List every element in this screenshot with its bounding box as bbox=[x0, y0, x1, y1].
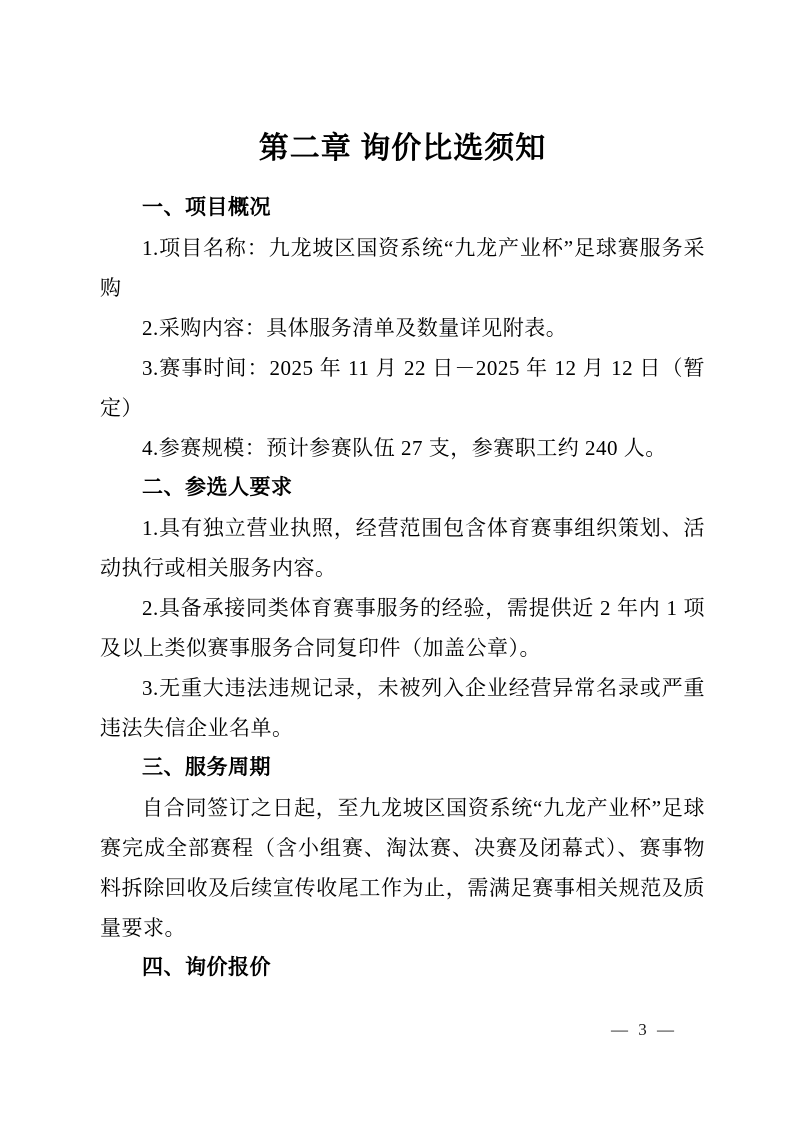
section-heading-service-period: 三、服务周期 bbox=[100, 748, 705, 788]
paragraph: 1.具有独立营业执照，经营范围包含体育赛事组织策划、活动执行或相关服务内容。 bbox=[100, 508, 705, 588]
paragraph: 3.赛事时间：2025 年 11 月 22 日－2025 年 12 月 12 日… bbox=[100, 348, 705, 428]
chapter-title: 第二章 询价比选须知 bbox=[100, 126, 705, 172]
paragraph: 1.项目名称：九龙坡区国资系统“九龙产业杯”足球赛服务采购 bbox=[100, 228, 705, 308]
section-participant-requirements: 二、参选人要求 1.具有独立营业执照，经营范围包含体育赛事组织策划、活动执行或相… bbox=[100, 468, 705, 748]
paragraph: 4.参赛规模：预计参赛队伍 27 支，参赛职工约 240 人。 bbox=[100, 428, 705, 468]
document-page: 第二章 询价比选须知 一、项目概况 1.项目名称：九龙坡区国资系统“九龙产业杯”… bbox=[0, 0, 793, 1122]
section-inquiry-quotation: 四、询价报价 bbox=[100, 948, 705, 988]
paragraph: 2.具备承接同类体育赛事服务的经验，需提供近 2 年内 1 项及以上类似赛事服务… bbox=[100, 588, 705, 668]
section-heading-participant-requirements: 二、参选人要求 bbox=[100, 468, 705, 508]
section-service-period: 三、服务周期 自合同签订之日起，至九龙坡区国资系统“九龙产业杯”足球赛完成全部赛… bbox=[100, 748, 705, 948]
section-project-overview: 一、项目概况 1.项目名称：九龙坡区国资系统“九龙产业杯”足球赛服务采购 2.采… bbox=[100, 188, 705, 468]
paragraph: 2.采购内容：具体服务清单及数量详见附表。 bbox=[100, 308, 705, 348]
paragraph: 自合同签订之日起，至九龙坡区国资系统“九龙产业杯”足球赛完成全部赛程（含小组赛、… bbox=[100, 788, 705, 948]
section-heading-project-overview: 一、项目概况 bbox=[100, 188, 705, 228]
section-heading-inquiry-quotation: 四、询价报价 bbox=[100, 948, 705, 988]
page-number: — 3 — bbox=[611, 1020, 677, 1040]
paragraph: 3.无重大违法违规记录，未被列入企业经营异常名录或严重违法失信企业名单。 bbox=[100, 668, 705, 748]
